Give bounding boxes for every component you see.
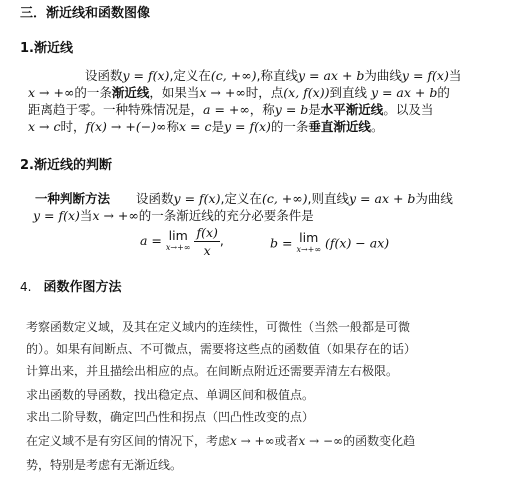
text: ,称直线	[257, 68, 298, 83]
math: x → c	[28, 119, 60, 134]
text: 的一条渐近线的充分必要条件是	[139, 208, 314, 223]
text: 是	[308, 102, 321, 117]
math: y = ax + b	[349, 191, 415, 206]
math: y = ax + b	[371, 85, 437, 100]
method-label: 一种判断方法	[35, 191, 110, 206]
math: a =	[140, 233, 162, 248]
plot-method-line-2: 的）。如果有间断点、不可微点，需要将这些点的函数值（如果存在的话）	[26, 340, 416, 357]
text: ,则直线	[308, 191, 349, 206]
subsection-4-title: 函数作图方法	[43, 280, 121, 295]
math: y = f(x)	[174, 191, 221, 206]
math: y = f(x)	[402, 68, 449, 83]
text: 设函数	[136, 191, 174, 206]
text: 的函数变化趋	[343, 434, 415, 448]
plot-method-line-4: 求出函数的导函数，找出稳定点、单调区间和极值点。	[26, 386, 314, 403]
math: y = f(x)	[123, 68, 170, 83]
text: 设函数	[85, 68, 123, 83]
plot-method-line-6: 在定义域不是有穷区间的情况下，考虑x → +∞或者x → −∞的函数变化趋	[26, 432, 415, 449]
subsection-1-title: 1.渐近线	[20, 37, 73, 56]
math: x → +∞	[28, 85, 74, 100]
text: ，如果当	[149, 85, 199, 100]
text: 时，	[60, 119, 85, 134]
math: y = f(x)	[33, 208, 80, 223]
text: 当	[449, 68, 462, 83]
math: (f(x) − ax)	[325, 236, 389, 251]
subsection-4-heading: 4.函数作图方法	[20, 276, 121, 295]
plot-method-line-1: 考察函数定义域，及其在定义域内的连续性，可微性（当然一般都是可微	[26, 318, 410, 335]
text: 距离趋于零。一种特殊情况是，	[28, 102, 203, 117]
math: x → +∞	[92, 208, 138, 223]
subsection-2-title: 2.渐近线的判断	[20, 154, 112, 173]
formula-a: a = limx→+∞ f(x)x,	[140, 224, 224, 259]
math: x → +∞	[230, 434, 275, 448]
term-horizontal-asymptote: 水平渐近线	[321, 102, 384, 117]
lim-text: lim	[299, 230, 318, 245]
limit: limx→+∞	[166, 230, 191, 254]
numerator: f(x)	[194, 224, 219, 242]
criterion-line-2: y = f(x)当x → +∞的一条渐近线的充分必要条件是	[33, 207, 314, 224]
text: 。以及当	[383, 102, 433, 117]
text: 时，点	[246, 85, 284, 100]
asymptote-def-line-2: x → +∞的一条渐近线，如果当x → +∞时，点(x, f(x))到直线 y …	[28, 84, 450, 101]
text: ,定义在	[220, 191, 261, 206]
plot-method-line-3: 计算出来，并且描绘出相应的点。在间断点附近还需要弄清左右极限。	[26, 362, 398, 379]
text: 为曲线	[415, 191, 453, 206]
text: ,定义在	[169, 68, 210, 83]
math: x = c	[179, 119, 211, 134]
text: 的一条	[271, 119, 309, 134]
math: f(x) → +(−)∞	[86, 119, 167, 134]
limit: limx→+∞	[296, 232, 321, 256]
text: 为曲线	[364, 68, 402, 83]
asymptote-def-line-4: x → c时，f(x) → +(−)∞称x = c是y = f(x)的一条垂直渐…	[28, 118, 383, 135]
math: y = ax + b	[298, 68, 364, 83]
plot-method-line-7: 势，特别是考虑有无渐近线。	[26, 456, 182, 473]
math: y = f(x)	[224, 119, 271, 134]
text: 。	[371, 119, 384, 134]
section-title: 三．渐近线和函数图像	[20, 2, 150, 21]
text: 当	[80, 208, 93, 223]
math: x → −∞	[299, 434, 344, 448]
fraction: f(x)x	[194, 224, 219, 259]
math: x → +∞	[199, 85, 245, 100]
text: 到直线	[329, 85, 370, 100]
math: y = b	[275, 102, 308, 117]
formula-b: b = limx→+∞ (f(x) − ax)	[270, 232, 389, 256]
section-number: 4.	[20, 280, 31, 294]
text: 或者	[275, 434, 299, 448]
text: 是	[211, 119, 224, 134]
denominator: x	[194, 242, 219, 259]
plot-method-line-5: 求出二阶导数，确定凹凸性和拐点（凹凸性改变的点）	[26, 408, 314, 425]
comma: ,	[220, 233, 224, 248]
text: 的	[437, 85, 450, 100]
text: 的一条	[74, 85, 112, 100]
term-asymptote: 渐近线	[112, 85, 150, 100]
asymptote-def-line-1: 设函数y = f(x),定义在(c, +∞),称直线y = ax + b为曲线y…	[85, 67, 461, 84]
math: (c, +∞)	[211, 68, 257, 83]
text: ，称	[250, 102, 275, 117]
term-vertical-asymptote: 垂直渐近线	[308, 119, 371, 134]
text: 称	[166, 119, 179, 134]
criterion-line-1: 一种判断方法设函数y = f(x),定义在(c, +∞),则直线y = ax +…	[35, 190, 453, 207]
lim-text: lim	[169, 228, 188, 243]
math: (x, f(x))	[283, 85, 329, 100]
asymptote-def-line-3: 距离趋于零。一种特殊情况是，a = +∞，称y = b是水平渐近线。以及当	[28, 101, 433, 118]
lim-sub: x→+∞	[166, 242, 191, 254]
math: b =	[270, 236, 292, 251]
math: a = +∞	[203, 102, 250, 117]
text: 在定义域不是有穷区间的情况下，考虑	[26, 434, 230, 448]
lim-sub: x→+∞	[296, 244, 321, 256]
math: (c, +∞)	[262, 191, 308, 206]
